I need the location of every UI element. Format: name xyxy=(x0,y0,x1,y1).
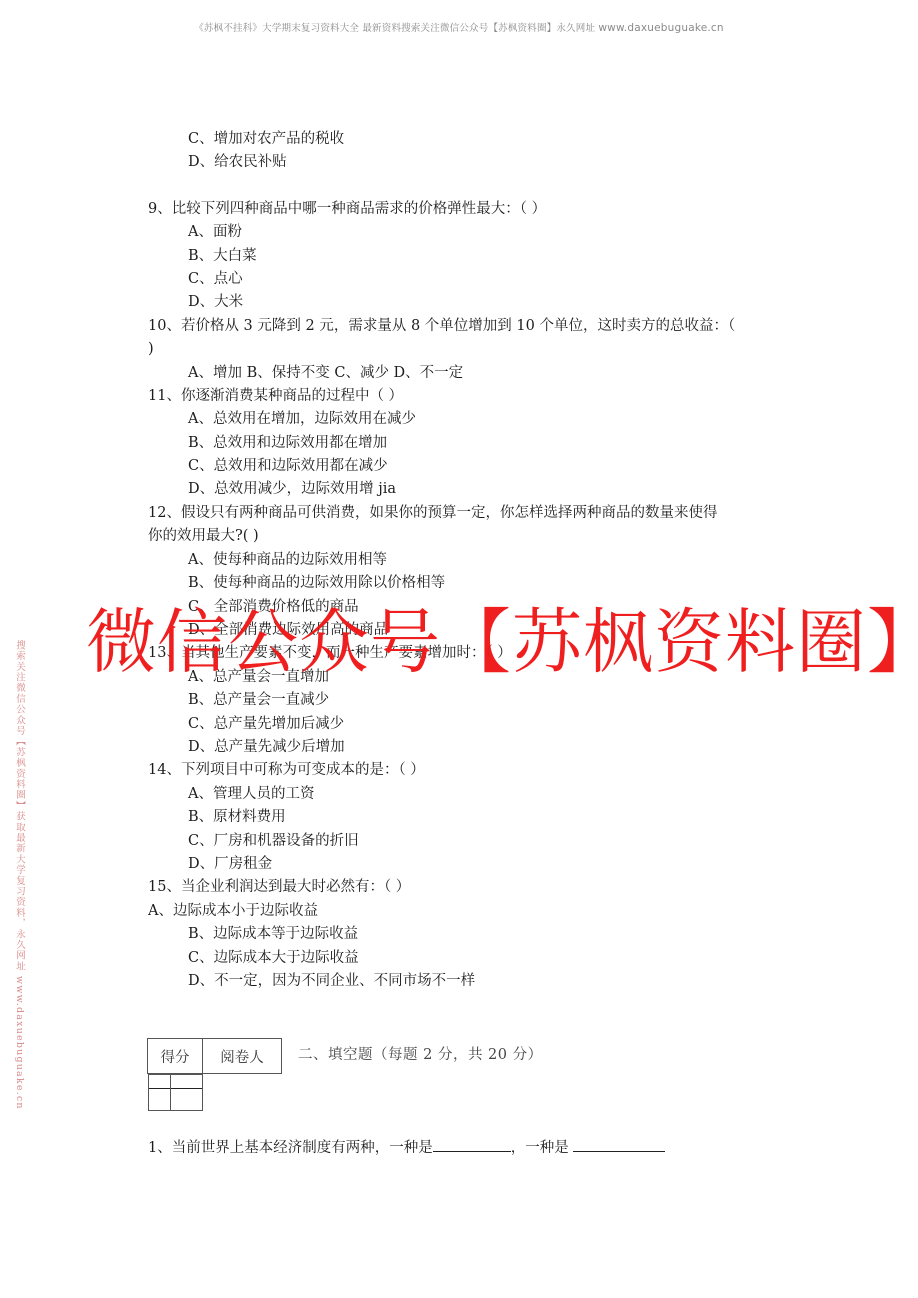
option-item: A、增加 B、保持不变 C、减少 D、不一定 xyxy=(188,364,463,382)
question-stem-15: 15、当企业利润达到最大时必然有：（ ） xyxy=(148,878,410,896)
fill-in-text-2: ，一种是 xyxy=(511,1140,574,1156)
watermark-overlay: 微信公众号【苏枫资料圈】 xyxy=(86,600,918,684)
answer-blank-1[interactable] xyxy=(433,1137,511,1152)
grader-cell[interactable] xyxy=(170,1075,202,1111)
option-item: C、增加对农产品的税收 xyxy=(188,130,344,148)
option-item: C、边际成本大于边际收益 xyxy=(188,949,359,967)
score-table: 得分 阅卷人 xyxy=(147,1038,282,1093)
option-item: D、不一定，因为不同企业、不同市场不一样 xyxy=(188,972,475,990)
option-item: D、总效用减少，边际效用增 jia xyxy=(188,480,396,498)
option-item: A、管理人员的工资 xyxy=(188,785,314,803)
fill-in-text-1: 1、当前世界上基本经济制度有两种，一种是 xyxy=(148,1140,433,1156)
header-text: 《苏枫不挂科》大学期末复习资料大全 最新资料搜索关注微信公众号【苏枫资料圈】永久… xyxy=(194,23,595,34)
option-item: A、面粉 xyxy=(188,223,242,241)
option-item: B、原材料费用 xyxy=(188,808,286,826)
question-stem-11: 11、你逐渐消费某种商品的过程中（ ） xyxy=(148,387,403,405)
question-stem-14: 14、下列项目中可称为可变成本的是：（ ） xyxy=(148,761,425,779)
option-item: B、边际成本等于边际收益 xyxy=(188,925,358,943)
side-banner: 搜索关注微信公众号【苏枫资料圈】获取最新大学复习资料，永久网址 www.daxu… xyxy=(12,640,26,1110)
question-stem-12: 12、假设只有两种商品可供消费，如果你的预算一定，你怎样选择两种商品的数量来使得 xyxy=(148,504,717,522)
fill-in-question-1: 1、当前世界上基本经济制度有两种，一种是，一种是 xyxy=(148,1137,665,1157)
option-item: A、总效用在增加，边际效用在减少 xyxy=(188,410,416,428)
section-two-title: 二、填空题（每题 2 分，共 20 分） xyxy=(298,1043,543,1064)
option-item: B、总效用和边际效用都在增加 xyxy=(188,434,387,452)
option-item: A、边际成本小于边际收益 xyxy=(148,902,318,920)
option-item: B、使每种商品的边际效用除以价格相等 xyxy=(188,574,445,592)
score-header: 得分 xyxy=(148,1039,203,1074)
option-item: C、点心 xyxy=(188,270,243,288)
option-item: B、总产量会一直减少 xyxy=(188,691,329,709)
option-item: D、厂房租金 xyxy=(188,855,272,873)
option-item: D、大米 xyxy=(188,293,243,311)
header-url: www.daxuebuguake.cn xyxy=(598,22,723,34)
question-stem-12-cont: 你的效用最大?( ) xyxy=(148,527,259,545)
option-item: C、厂房和机器设备的折旧 xyxy=(188,832,359,850)
answer-blank-2[interactable] xyxy=(573,1137,665,1152)
option-item: C、总效用和边际效用都在减少 xyxy=(188,457,388,475)
score-cell[interactable] xyxy=(148,1075,170,1111)
question-stem-10-cont: ) xyxy=(148,340,154,358)
grader-header: 阅卷人 xyxy=(203,1039,282,1074)
option-item: D、总产量先减少后增加 xyxy=(188,738,345,756)
option-item: A、使每种商品的边际效用相等 xyxy=(188,551,387,569)
page-header: 《苏枫不挂科》大学期末复习资料大全 最新资料搜索关注微信公众号【苏枫资料圈】永久… xyxy=(0,20,918,34)
option-item: B、大白菜 xyxy=(188,247,257,265)
option-item: D、给农民补贴 xyxy=(188,153,287,171)
option-item: C、总产量先增加后减少 xyxy=(188,715,344,733)
question-stem-9: 9、比较下列四种商品中哪一种商品需求的价格弹性最大：（ ） xyxy=(148,200,546,218)
question-stem-10: 10、若价格从 3 元降到 2 元，需求量从 8 个单位增加到 10 个单位，这… xyxy=(148,317,735,335)
